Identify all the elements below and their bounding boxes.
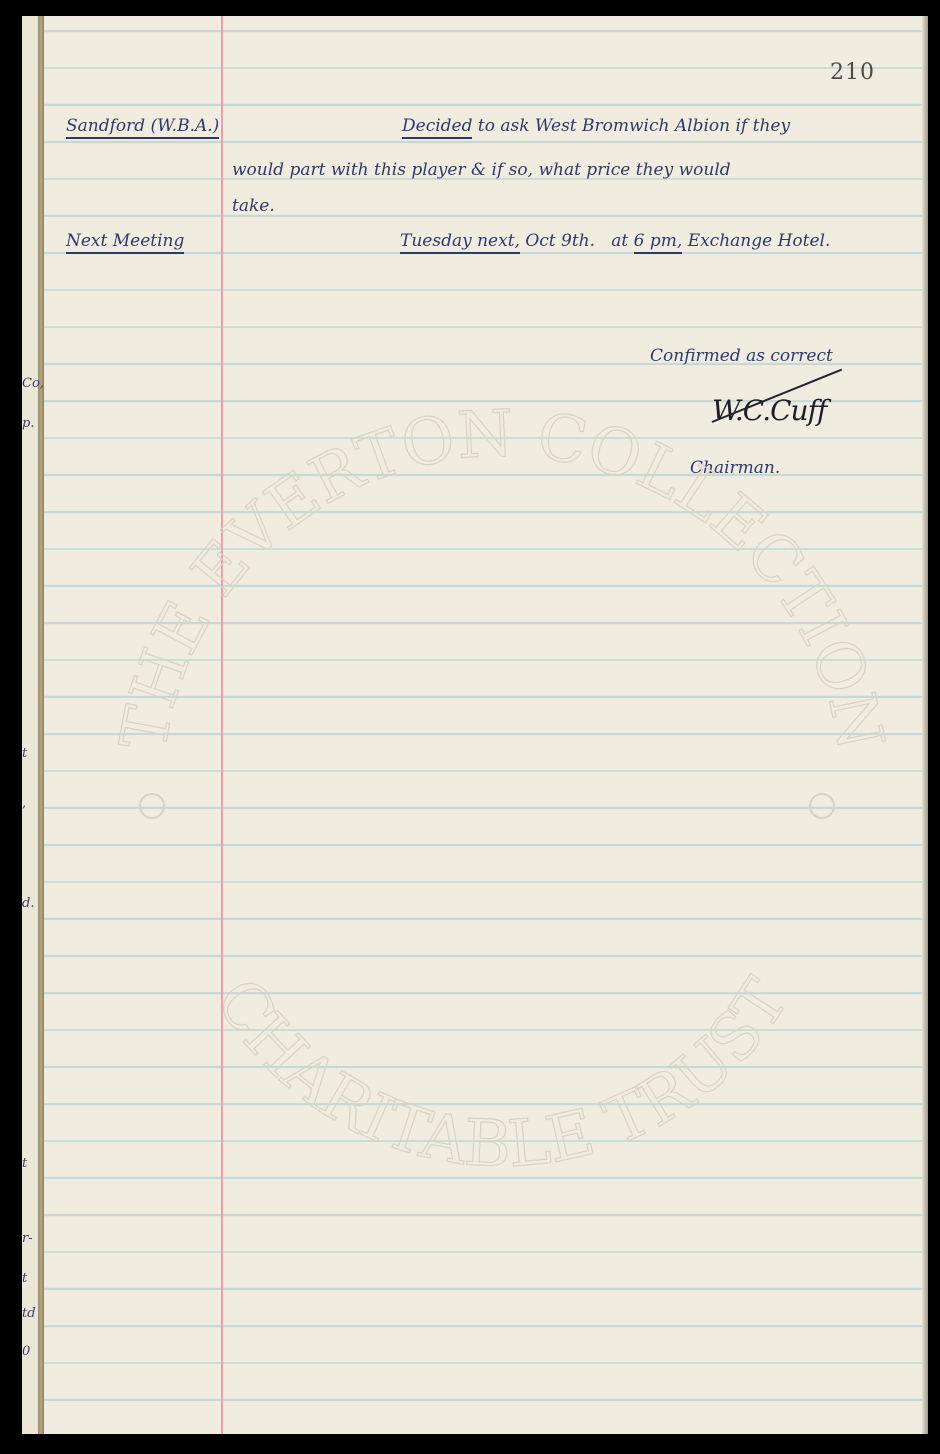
edge-fragment: Co,	[22, 376, 44, 391]
decided-word: Decided	[402, 116, 472, 139]
entry-sandford-line2: would part with this player & if so, wha…	[232, 160, 731, 180]
edge-fragment: d.	[22, 896, 34, 911]
chairman-title: Chairman.	[690, 458, 780, 478]
minute-book-page: Co, p. t , d. t r- t td 0 210 Sandford (…	[22, 16, 928, 1434]
ruled-lines	[44, 16, 928, 1434]
edge-fragment: t	[22, 1156, 27, 1171]
edge-fragment: t	[22, 746, 27, 761]
edge-fragment: 0	[22, 1344, 30, 1359]
entry-sandford-line3: take.	[232, 196, 275, 216]
entry-text: to ask West Bromwich Albion if they	[478, 116, 790, 136]
page-right-edge	[922, 16, 928, 1434]
entry-next-meeting: Tuesday next, Oct 9th. at 6 pm, Exchange…	[400, 231, 830, 251]
meeting-at: at	[611, 231, 628, 251]
edge-fragment: ,	[22, 796, 26, 811]
entry-sandford-line1: Decided to ask West Bromwich Albion if t…	[402, 116, 790, 136]
margin-heading-next-meeting: Next Meeting	[66, 231, 184, 254]
meeting-date: Oct 9th.	[525, 231, 595, 251]
meeting-venue: Exchange Hotel.	[688, 231, 831, 251]
page-number: 210	[830, 60, 875, 85]
margin-heading-sandford: Sandford (W.B.A.)	[66, 116, 219, 139]
red-margin-line	[221, 16, 223, 1434]
edge-fragment: r-	[22, 1231, 33, 1246]
edge-fragment: p.	[22, 416, 34, 431]
edge-fragment: t	[22, 1271, 27, 1286]
edge-fragment: td	[22, 1306, 36, 1321]
previous-page-edge	[22, 16, 38, 1434]
meeting-day: Tuesday next,	[400, 231, 520, 254]
confirmed-as-correct: Confirmed as correct	[650, 346, 833, 366]
meeting-time: 6 pm,	[634, 231, 683, 254]
book-gutter	[38, 16, 44, 1434]
